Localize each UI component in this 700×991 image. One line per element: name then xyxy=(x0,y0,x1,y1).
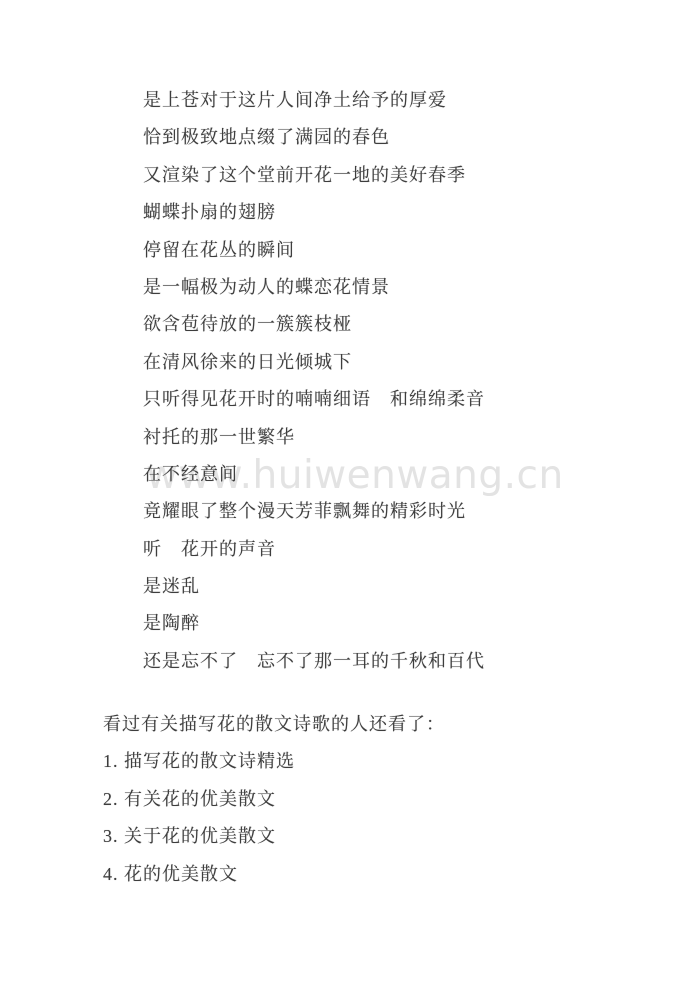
poem-section: 是上苍对于这片人间净土给予的厚爱 恰到极致地点缀了满园的春色 又渲染了这个堂前开… xyxy=(143,82,485,680)
poem-line: 在清风徐来的日光倾城下 xyxy=(143,344,485,381)
poem-line: 又渲染了这个堂前开花一地的美好春季 xyxy=(143,157,485,194)
poem-line: 恰到极致地点缀了满园的春色 xyxy=(143,119,485,156)
poem-line: 听 花开的声音 xyxy=(143,531,485,568)
poem-line: 是迷乱 xyxy=(143,568,485,605)
related-article-item: 4. 花的优美散文 xyxy=(103,856,445,893)
poem-line: 只听得见花开时的喃喃细语 和绵绵柔音 xyxy=(143,381,485,418)
poem-line: 是上苍对于这片人间净土给予的厚爱 xyxy=(143,82,485,119)
related-article-item: 3. 关于花的优美散文 xyxy=(103,818,445,855)
related-articles-heading: 看过有关描写花的散文诗歌的人还看了： xyxy=(103,706,445,743)
poem-line: 还是忘不了 忘不了那一耳的千秋和百代 xyxy=(143,643,485,680)
poem-line: 停留在花丛的瞬间 xyxy=(143,232,485,269)
related-articles-section: 看过有关描写花的散文诗歌的人还看了： 1. 描写花的散文诗精选 2. 有关花的优… xyxy=(103,706,445,893)
related-article-item: 2. 有关花的优美散文 xyxy=(103,781,445,818)
poem-line: 竟耀眼了整个漫天芳菲飘舞的精彩时光 xyxy=(143,493,485,530)
document-page: www.huiwenwang.cn 是上苍对于这片人间净土给予的厚爱 恰到极致地… xyxy=(0,0,700,991)
poem-line: 蝴蝶扑扇的翅膀 xyxy=(143,194,485,231)
poem-line: 在不经意间 xyxy=(143,456,485,493)
poem-line: 是一幅极为动人的蝶恋花情景 xyxy=(143,269,485,306)
poem-line: 欲含苞待放的一簇簇枝桠 xyxy=(143,306,485,343)
poem-line: 是陶醉 xyxy=(143,605,485,642)
related-article-item: 1. 描写花的散文诗精选 xyxy=(103,743,445,780)
poem-line: 衬托的那一世繁华 xyxy=(143,419,485,456)
